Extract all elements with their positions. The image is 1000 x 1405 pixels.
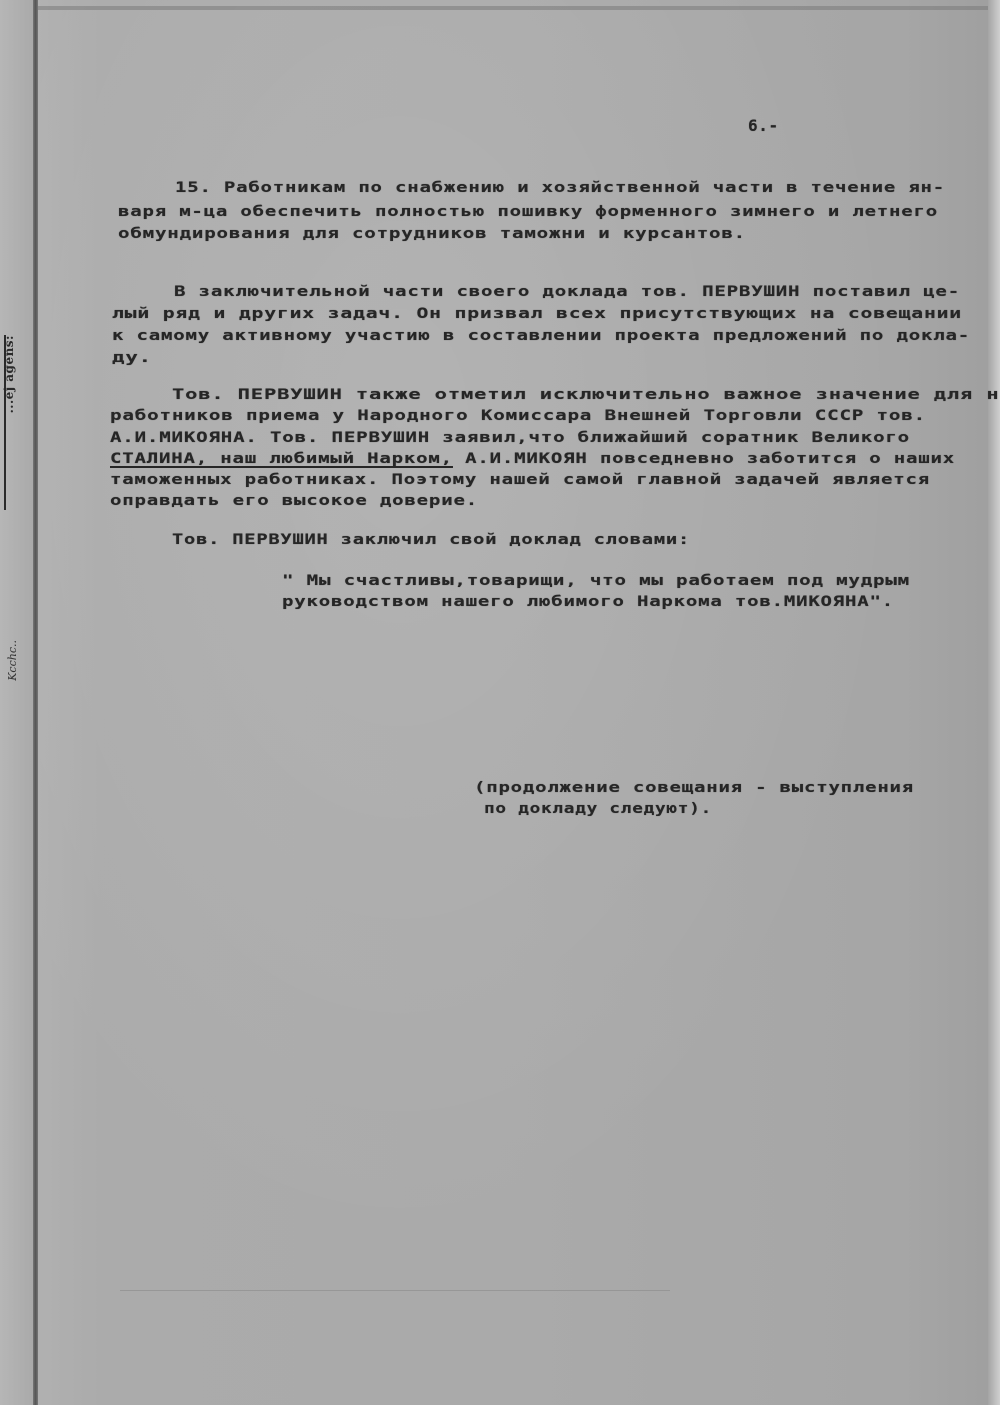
- quote-line: руководством нашего любимого Наркома тов…: [282, 592, 894, 612]
- note-line: (продолжение совещания - выступления: [474, 778, 914, 798]
- quote-line: " Мы счастливы,товарищи, что мы работаем…: [282, 571, 910, 591]
- text-line: к самому активному участию в составлении…: [112, 326, 970, 346]
- text-line: таможенных работниках. Поэтому нашей сам…: [110, 470, 930, 490]
- closing-intro: Тов. ПЕРВУШИН заключил свой доклад слова…: [172, 530, 690, 550]
- underlined-phrase: СТАЛИНА, наш любимый Нарком,: [110, 450, 453, 467]
- text-line: А.И.МИКОЯНА. Тов. ПЕРВУШИН заявил,что бл…: [110, 428, 910, 448]
- text-line-rest: А.И.МИКОЯН повседневно заботится о наших: [453, 450, 955, 467]
- text-line: работников приема у Народного Комиссара …: [110, 406, 926, 426]
- text-line: лый ряд и других задач. Он призвал всех …: [112, 304, 962, 324]
- text-line: оправдать его высокое доверие.: [110, 491, 478, 511]
- note-line: по докладу следуют).: [484, 799, 712, 819]
- text-line: ду.: [112, 348, 152, 368]
- text-line: обмундирования для сотрудников таможни и…: [118, 224, 746, 244]
- text-line-underlined: СТАЛИНА, наш любимый Нарком, А.И.МИКОЯН …: [110, 449, 955, 469]
- typewritten-document: 6.- 15. Работникам по снабжению и хозяйс…: [0, 0, 1000, 1405]
- text-line: 15. Работникам по снабжению и хозяйствен…: [175, 178, 945, 198]
- text-line: варя м-ца обеспечить полностью пошивку ф…: [118, 202, 938, 222]
- page-number: 6.-: [748, 116, 779, 135]
- text-line: Тов. ПЕРВУШИН также отметил исключительн…: [172, 385, 1000, 405]
- text-line: В заключительной части своего доклада то…: [174, 282, 960, 302]
